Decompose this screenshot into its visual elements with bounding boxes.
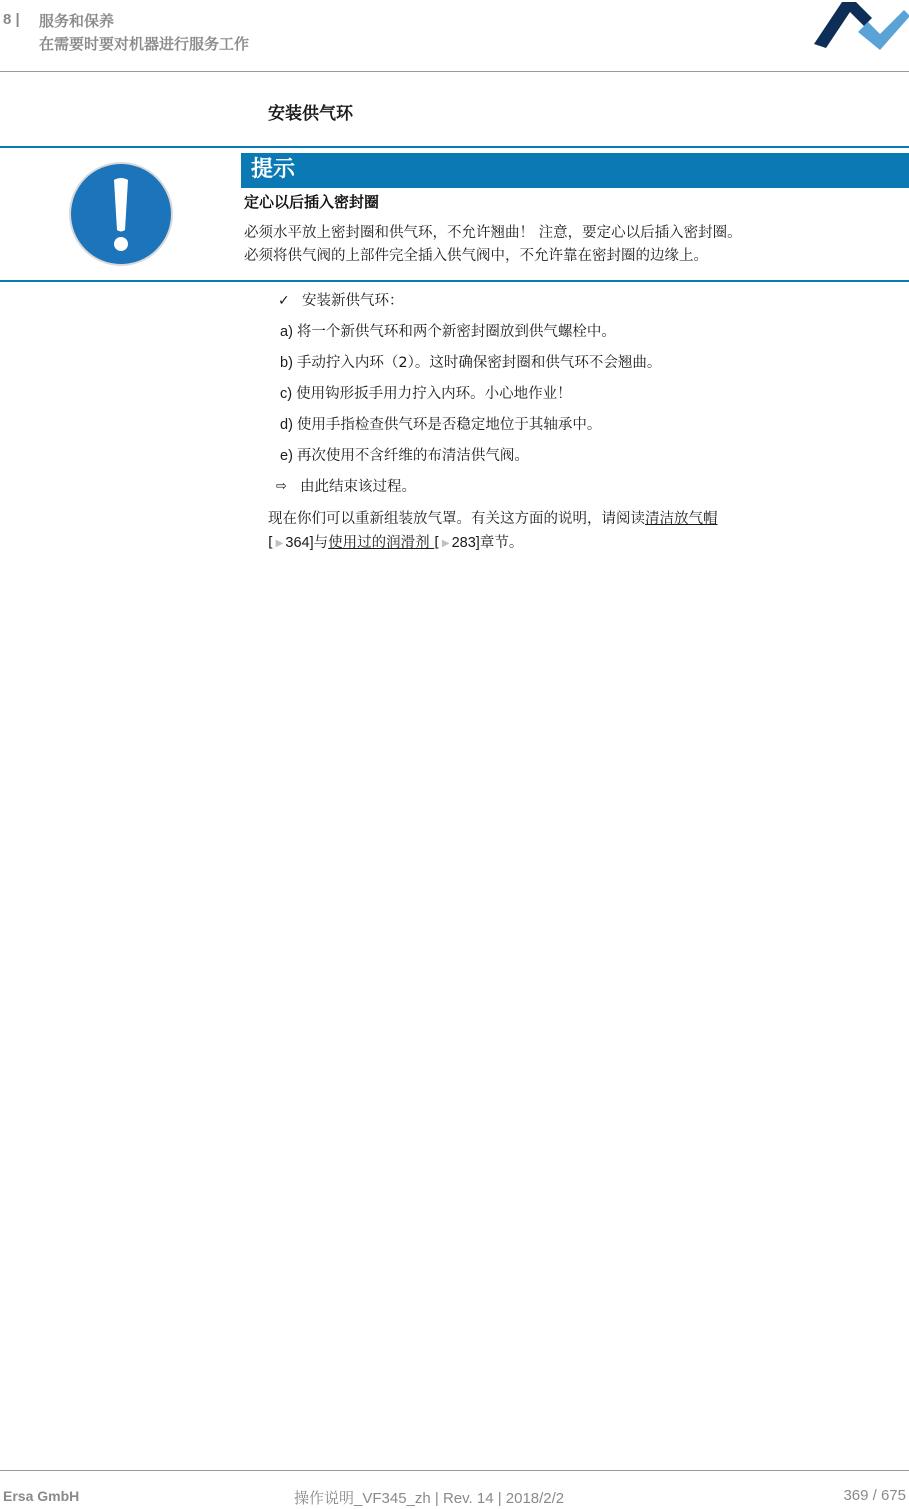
step-letter: b) <box>280 352 293 374</box>
step-text: 再次使用不含纤维的布清洁供气阀。 <box>297 445 529 467</box>
step-text: 使用手指检查供气环是否稳定地位于其轴承中。 <box>297 414 602 436</box>
closing-text: 现在你们可以重新组装放气罩。有关这方面的说明，请阅读 <box>268 511 645 527</box>
result-arrow-icon: ⇨ <box>276 476 300 498</box>
page-ref-number[interactable]: 283 <box>452 535 476 551</box>
page-ref-arrow-icon: ▶ <box>442 532 450 556</box>
link-label[interactable]: 清洁放气帽 <box>645 511 718 527</box>
step-letter: d) <box>280 414 293 436</box>
notice-label: 提示 <box>251 155 295 185</box>
notice-line: 必须水平放上密封圈和供气环，不允许翘曲！ 注意，要定心以后插入密封圈。 <box>244 222 904 245</box>
step-item: a) 将一个新供气环和两个新密封圈放到供气螺栓中。 <box>276 321 896 352</box>
closing-text: 章节。 <box>480 535 524 551</box>
chapter-title: 服务和保养 <box>39 10 114 32</box>
sub-heading: 安装供气环 <box>268 99 353 124</box>
step-item: e) 再次使用不含纤维的布清洁供气阀。 <box>276 445 896 476</box>
footer-divider <box>0 1470 909 1471</box>
header-divider <box>0 71 909 72</box>
prerequisite-step: ✓ 安装新供气环： <box>276 290 896 321</box>
ersa-logo-icon <box>812 0 909 62</box>
procedure-steps: ✓ 安装新供气环： a) 将一个新供气环和两个新密封圈放到供气螺栓中。 b) 手… <box>276 290 896 507</box>
step-text: 将一个新供气环和两个新密封圈放到供气螺栓中。 <box>297 321 616 343</box>
step-item: c) 使用钩形扳手用力拧入内环。小心地作业！ <box>276 383 896 414</box>
step-letter: c) <box>280 383 292 405</box>
result-step: ⇨ 由此结束该过程。 <box>276 476 896 507</box>
step-letter: a) <box>280 321 293 343</box>
footer-company: Ersa GmbH <box>3 1488 79 1504</box>
bracket[interactable]: [ <box>268 535 274 551</box>
notice-subtitle: 定心以后插入密封圈 <box>244 191 379 212</box>
notice-line: 必须将供气阀的上部件完全插入供气阀中，不允许靠在密封圈的边缘上。 <box>244 245 904 268</box>
link-label[interactable]: 使用过的润滑剂 <box>328 535 430 551</box>
step-text: 使用钩形扳手用力拧入内环。小心地作业！ <box>296 383 572 405</box>
step-text: 手动拧入内环（2）。这时确保密封圈和供气环不会翘曲。 <box>297 352 661 374</box>
step-text: 由此结束该过程。 <box>300 476 416 498</box>
notice-header-bar: 提示 <box>241 153 909 188</box>
notice-body: 必须水平放上密封圈和供气环，不允许翘曲！ 注意，要定心以后插入密封圈。 必须将供… <box>244 222 904 268</box>
connector-text: 与 <box>314 535 329 551</box>
section-title: 在需要时要对机器进行服务工作 <box>39 33 249 55</box>
step-text: 安装新供气环： <box>302 290 404 312</box>
notice-top-divider <box>0 146 909 148</box>
step-letter: e) <box>280 445 293 467</box>
exclamation-circle-icon <box>67 160 175 268</box>
checkmark-icon: ✓ <box>278 290 302 312</box>
page-header: 8 | 服务和保养 在需要时要对机器进行服务工作 <box>0 0 909 73</box>
footer-page-number: 369 / 675 <box>843 1487 906 1504</box>
notice-bottom-divider <box>0 280 909 282</box>
chapter-number: 8 | <box>3 11 20 28</box>
page-ref-arrow-icon: ▶ <box>276 532 284 556</box>
footer-document-info: 操作说明_VF345_zh | Rev. 14 | 2018/2/2 <box>294 1487 564 1508</box>
page-ref-number[interactable]: 364 <box>285 535 309 551</box>
closing-paragraph: 现在你们可以重新组装放气罩。有关这方面的说明，请阅读清洁放气帽[▶364]与使用… <box>268 507 868 556</box>
step-item: b) 手动拧入内环（2）。这时确保密封圈和供气环不会翘曲。 <box>276 352 896 383</box>
link-used-lubricant[interactable]: 使用过的润滑剂 [ <box>328 535 440 551</box>
bracket[interactable]: [ <box>434 535 440 551</box>
step-item: d) 使用手指检查供气环是否稳定地位于其轴承中。 <box>276 414 896 445</box>
